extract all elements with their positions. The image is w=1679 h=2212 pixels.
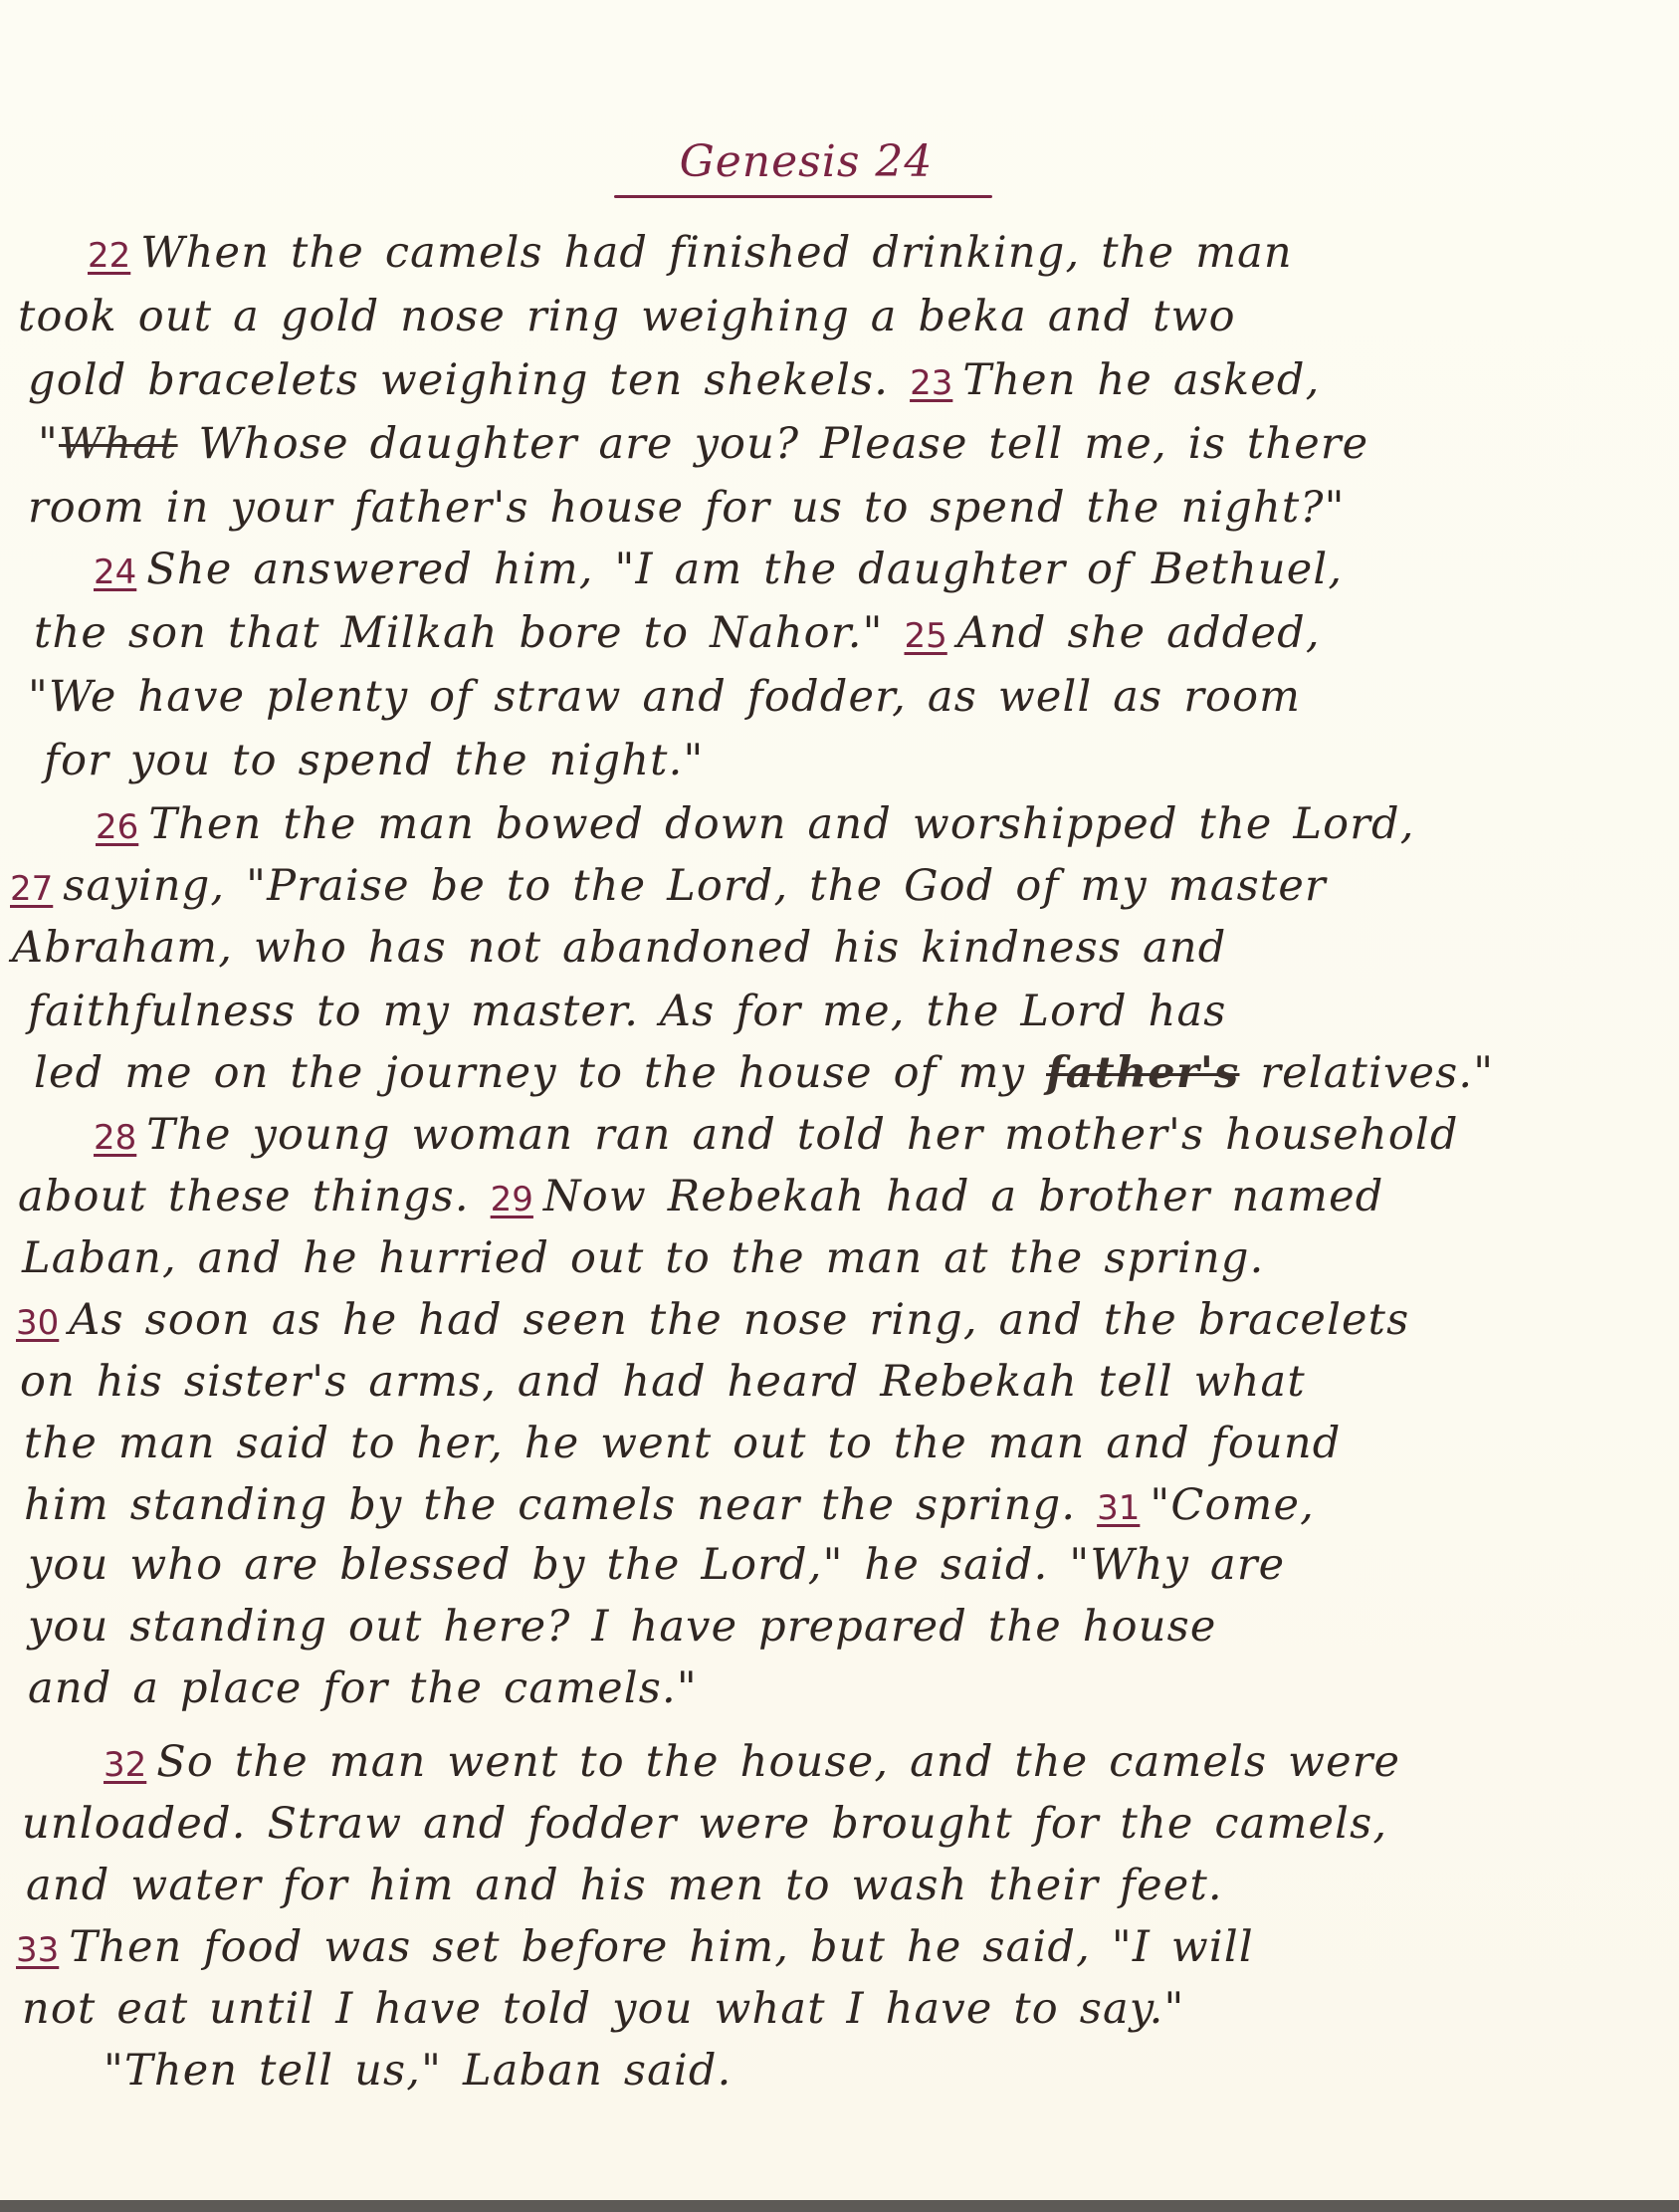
- text-line: him standing by the camels near the spri…: [0, 1473, 1679, 1537]
- verse-number: 23: [910, 363, 952, 403]
- text-line: the man said to her, he went out to the …: [0, 1412, 1679, 1475]
- line-text: So the man went to the house, and the ca…: [156, 1737, 1400, 1787]
- line-text: and water for him and his men to wash th…: [26, 1861, 1223, 1910]
- line-text: for you to spend the night.": [44, 736, 704, 785]
- text-line: 30As soon as he had seen the nose ring, …: [0, 1288, 1679, 1352]
- page-title: Genesis 24: [680, 137, 934, 187]
- text-line: about these things. 29Now Rebekah had a …: [0, 1165, 1679, 1228]
- line-text: Laban, and he hurried out to the man at …: [22, 1233, 1265, 1283]
- text-line: 33Then food was set before him, but he s…: [0, 1915, 1679, 1979]
- verse-number: 28: [94, 1118, 136, 1158]
- text-line: room in your father's house for us to sp…: [0, 476, 1679, 540]
- text-line: you who are blessed by the Lord," he sai…: [0, 1533, 1679, 1597]
- line-text-after: relatives.": [1260, 1048, 1494, 1098]
- text-line: the son that Milkah bore to Nahor." 25An…: [0, 601, 1679, 665]
- text-line: led me on the journey to the house of my…: [0, 1041, 1679, 1105]
- verse-number: 33: [16, 1930, 59, 1970]
- line-text: faithfulness to my master. As for me, th…: [28, 987, 1227, 1036]
- text-line: faithfulness to my master. As for me, th…: [0, 980, 1679, 1043]
- open-quote: ": [38, 419, 59, 469]
- handwritten-page: Genesis 24 22When the camels had finishe…: [0, 0, 1679, 2200]
- verse-number: 26: [96, 807, 138, 847]
- line-text: led me on the journey to the house of my: [34, 1048, 1025, 1098]
- text-line: unloaded. Straw and fodder were brought …: [0, 1792, 1679, 1856]
- line-text-after: Now Rebekah had a brother named: [543, 1172, 1384, 1221]
- text-line: 24She answered him, "I am the daughter o…: [0, 538, 1679, 601]
- text-line: you standing out here? I have prepared t…: [0, 1595, 1679, 1659]
- line-text: about these things.: [18, 1172, 470, 1221]
- verse-number: 22: [88, 236, 130, 276]
- text-line: "We have plenty of straw and fodder, as …: [0, 665, 1679, 729]
- line-text: on his sister's arms, and had heard Rebe…: [20, 1357, 1306, 1407]
- verse-number: 24: [94, 553, 136, 592]
- line-text: Then the man bowed down and worshipped t…: [148, 799, 1414, 849]
- line-text: him standing by the camels near the spri…: [24, 1480, 1076, 1530]
- struck-out-word: What: [59, 419, 178, 469]
- text-line: "Then tell us," Laban said.: [0, 2039, 1679, 2102]
- line-text: When the camels had finished drinking, t…: [140, 228, 1293, 278]
- verse-number: 32: [104, 1745, 146, 1785]
- line-text: not eat until I have told you what I hav…: [22, 1984, 1185, 2034]
- text-line: on his sister's arms, and had heard Rebe…: [0, 1350, 1679, 1414]
- line-text-after: And she added,: [957, 608, 1321, 658]
- text-line: 28The young woman ran and told her mothe…: [0, 1103, 1679, 1167]
- line-text: took out a gold nose ring weighing a bek…: [18, 292, 1236, 341]
- line-text: gold bracelets weighing ten shekels.: [28, 355, 889, 405]
- line-text: The young woman ran and told her mother'…: [146, 1110, 1458, 1160]
- line-text: As soon as he had seen the nose ring, an…: [69, 1295, 1409, 1345]
- text-line: 32So the man went to the house, and the …: [0, 1730, 1679, 1794]
- scan-bottom-edge: [0, 2200, 1679, 2212]
- line-text: the son that Milkah bore to Nahor.": [34, 608, 884, 658]
- line-text: She answered him, "I am the daughter of …: [146, 545, 1343, 594]
- line-text: you standing out here? I have prepared t…: [28, 1602, 1217, 1652]
- line-text: and a place for the camels.": [28, 1663, 698, 1713]
- verse-number: 31: [1097, 1488, 1140, 1528]
- line-text: Whose daughter are you? Please tell me, …: [198, 419, 1368, 469]
- line-text: unloaded. Straw and fodder were brought …: [22, 1799, 1387, 1849]
- line-text-after: "Come,: [1150, 1480, 1315, 1530]
- text-line: and water for him and his men to wash th…: [0, 1854, 1679, 1917]
- title-underline: [614, 195, 992, 198]
- text-line: took out a gold nose ring weighing a bek…: [0, 285, 1679, 348]
- line-text: Then food was set before him, but he sai…: [69, 1922, 1254, 1972]
- line-text: room in your father's house for us to sp…: [28, 483, 1346, 533]
- text-line: 22When the camels had finished drinking,…: [0, 221, 1679, 285]
- line-text: saying, "Praise be to the Lord, the God …: [63, 861, 1326, 911]
- line-text: you who are blessed by the Lord," he sai…: [28, 1540, 1285, 1590]
- text-line: for you to spend the night.": [0, 729, 1679, 792]
- line-text-after: Then he asked,: [962, 355, 1320, 405]
- text-line: "What Whose daughter are you? Please tel…: [0, 412, 1679, 476]
- verse-number: 29: [491, 1180, 533, 1219]
- text-line: and a place for the camels.": [0, 1657, 1679, 1720]
- line-text: "Then tell us," Laban said.: [104, 2046, 733, 2096]
- text-line: 26Then the man bowed down and worshipped…: [0, 792, 1679, 856]
- verse-number: 25: [904, 616, 946, 656]
- text-line: 27saying, "Praise be to the Lord, the Go…: [0, 854, 1679, 918]
- line-text: "We have plenty of straw and fodder, as …: [28, 672, 1301, 722]
- text-line: Laban, and he hurried out to the man at …: [0, 1226, 1679, 1290]
- text-line: Abraham, who has not abandoned his kindn…: [0, 916, 1679, 980]
- text-line: not eat until I have told you what I hav…: [0, 1977, 1679, 2041]
- line-text: the man said to her, he went out to the …: [24, 1419, 1341, 1468]
- line-text: Abraham, who has not abandoned his kindn…: [12, 923, 1227, 973]
- text-line: gold bracelets weighing ten shekels. 23T…: [0, 348, 1679, 412]
- verse-number: 27: [10, 869, 53, 909]
- struck-out-word: father's: [1046, 1048, 1239, 1098]
- page-title-wrap: Genesis 24: [612, 137, 1000, 187]
- verse-number: 30: [16, 1303, 59, 1343]
